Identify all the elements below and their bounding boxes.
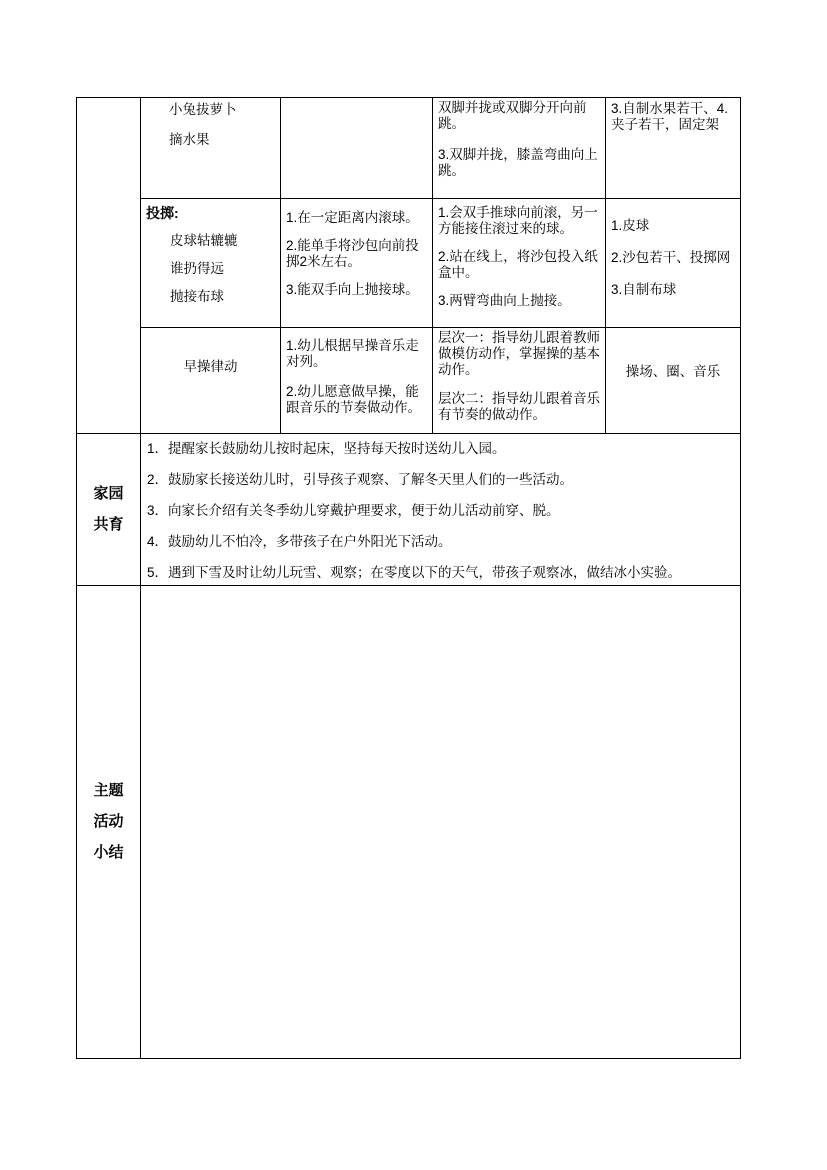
materials-text: 操场、圈、音乐: [606, 364, 740, 380]
cell-jumping-goals-empty: [281, 98, 433, 199]
materials-text: 3.自制布球: [611, 282, 738, 298]
activity-name-text: 小兔拔萝卜: [169, 102, 278, 118]
cell-morning-exercise-name: 早操律动: [141, 328, 281, 434]
row-throwing-activities: 投掷: 皮球轱辘辘 谁扔得远 抛接布球 1.在一定距离内滚球。 2.能单手将沙包…: [77, 199, 741, 328]
home-item-text: 4．鼓励幼儿不怕冷，多带孩子在户外阳光下活动。: [147, 534, 736, 550]
weekly-activity-plan-table: 小兔拔萝卜 摘水果 双脚并拢或双脚分开向前跳。 3.双脚并拢，膝盖弯曲向上跳。 …: [76, 97, 741, 1059]
guidance-text: 1.会双手推球向前滚，另一方能接住滚过来的球。: [438, 205, 603, 237]
activity-name-text: 抛接布球: [170, 289, 278, 305]
cell-summary-content-empty: [141, 586, 741, 1059]
materials-text: 3.自制水果若干、4.夹子若干，固定架: [611, 101, 738, 133]
row-theme-summary: 主题 活动 小结: [77, 586, 741, 1059]
goal-text: 3.能双手向上抛接球。: [286, 282, 430, 298]
section-label-line: 主题: [77, 783, 140, 799]
home-item-text: 5．遇到下雪及时让幼儿玩雪、观察；在零度以下的天气，带孩子观察冰，做结冰小实验。: [147, 565, 736, 581]
cell-throwing-goals: 1.在一定距离内滚球。 2.能单手将沙包向前投掷2米左右。 3.能双手向上抛接球…: [281, 199, 433, 328]
section-label-line: 共育: [77, 517, 140, 533]
row-morning-exercise: 早操律动 1.幼儿根据早操音乐走对列。 2.幼儿愿意做早操，能跟音乐的节奏做动作…: [77, 328, 741, 434]
activity-name-text: 皮球轱辘辘: [170, 233, 278, 249]
activity-name-text: 早操律动: [141, 359, 280, 375]
guidance-text: 3.双脚并拢，膝盖弯曲向上跳。: [438, 147, 603, 179]
goal-text: 2.幼儿愿意做早操，能跟音乐的节奏做动作。: [286, 384, 430, 416]
home-item-text: 2．鼓励家长接送幼儿时，引导孩子观察、了解冬天里人们的一些活动。: [147, 472, 736, 488]
cell-morning-exercise-guidance: 层次一：指导幼儿跟着教师做模仿动作，掌握操的基本动作。 层次二：指导幼儿跟着音乐…: [433, 328, 606, 434]
cell-jumping-guidance: 双脚并拢或双脚分开向前跳。 3.双脚并拢，膝盖弯曲向上跳。: [433, 98, 606, 199]
cell-morning-exercise-goals: 1.幼儿根据早操音乐走对列。 2.幼儿愿意做早操，能跟音乐的节奏做动作。: [281, 328, 433, 434]
cell-morning-exercise-materials: 操场、圈、音乐: [606, 328, 741, 434]
activity-name-text: 摘水果: [169, 132, 278, 148]
goal-text: 1.幼儿根据早操音乐走对列。: [286, 338, 430, 370]
cell-category-empty: [77, 98, 141, 434]
row-home-education: 家园 共育 1．提醒家长鼓励幼儿按时起床，坚持每天按时送幼儿入园。 2．鼓励家长…: [77, 434, 741, 586]
cell-throwing-guidance: 1.会双手推球向前滚，另一方能接住滚过来的球。 2.站在线上，将沙包投入纸盒中。…: [433, 199, 606, 328]
home-item-text: 1．提醒家长鼓励幼儿按时起床，坚持每天按时送幼儿入园。: [147, 441, 736, 457]
guidance-text: 层次二：指导幼儿跟着音乐有节奏的做动作。: [438, 391, 603, 423]
activity-name-text: 谁扔得远: [170, 261, 278, 277]
materials-text: 1.皮球: [611, 218, 738, 234]
cell-section-label-home: 家园 共育: [77, 434, 141, 586]
cell-jumping-activity-names: 小兔拔萝卜 摘水果: [141, 98, 281, 199]
throwing-section-title: 投掷:: [146, 205, 278, 221]
document-page: 小兔拔萝卜 摘水果 双脚并拢或双脚分开向前跳。 3.双脚并拢，膝盖弯曲向上跳。 …: [0, 0, 827, 1170]
row-jumping-activities: 小兔拔萝卜 摘水果 双脚并拢或双脚分开向前跳。 3.双脚并拢，膝盖弯曲向上跳。 …: [77, 98, 741, 199]
cell-home-education-items: 1．提醒家长鼓励幼儿按时起床，坚持每天按时送幼儿入园。 2．鼓励家长接送幼儿时，…: [141, 434, 741, 586]
goal-text: 2.能单手将沙包向前投掷2米左右。: [286, 238, 430, 270]
home-item-text: 3．向家长介绍有关冬季幼儿穿戴护理要求，便于幼儿活动前穿、脱。: [147, 503, 736, 519]
cell-section-label-summary: 主题 活动 小结: [77, 586, 141, 1059]
guidance-text: 3.两臂弯曲向上抛接。: [438, 293, 603, 309]
cell-throwing-materials: 1.皮球 2.沙包若干、投掷网 3.自制布球: [606, 199, 741, 328]
materials-text: 2.沙包若干、投掷网: [611, 250, 738, 266]
section-label-line: 小结: [77, 845, 140, 861]
cell-throwing-activity-names: 投掷: 皮球轱辘辘 谁扔得远 抛接布球: [141, 199, 281, 328]
guidance-text: 层次一：指导幼儿跟着教师做模仿动作，掌握操的基本动作。: [438, 330, 603, 378]
guidance-text: 双脚并拢或双脚分开向前跳。: [438, 100, 603, 132]
goal-text: 1.在一定距离内滚球。: [286, 210, 430, 226]
section-label-line: 家园: [77, 486, 140, 502]
section-label-line: 活动: [77, 814, 140, 830]
guidance-text: 2.站在线上，将沙包投入纸盒中。: [438, 249, 603, 281]
cell-jumping-materials: 3.自制水果若干、4.夹子若干，固定架: [606, 98, 741, 199]
